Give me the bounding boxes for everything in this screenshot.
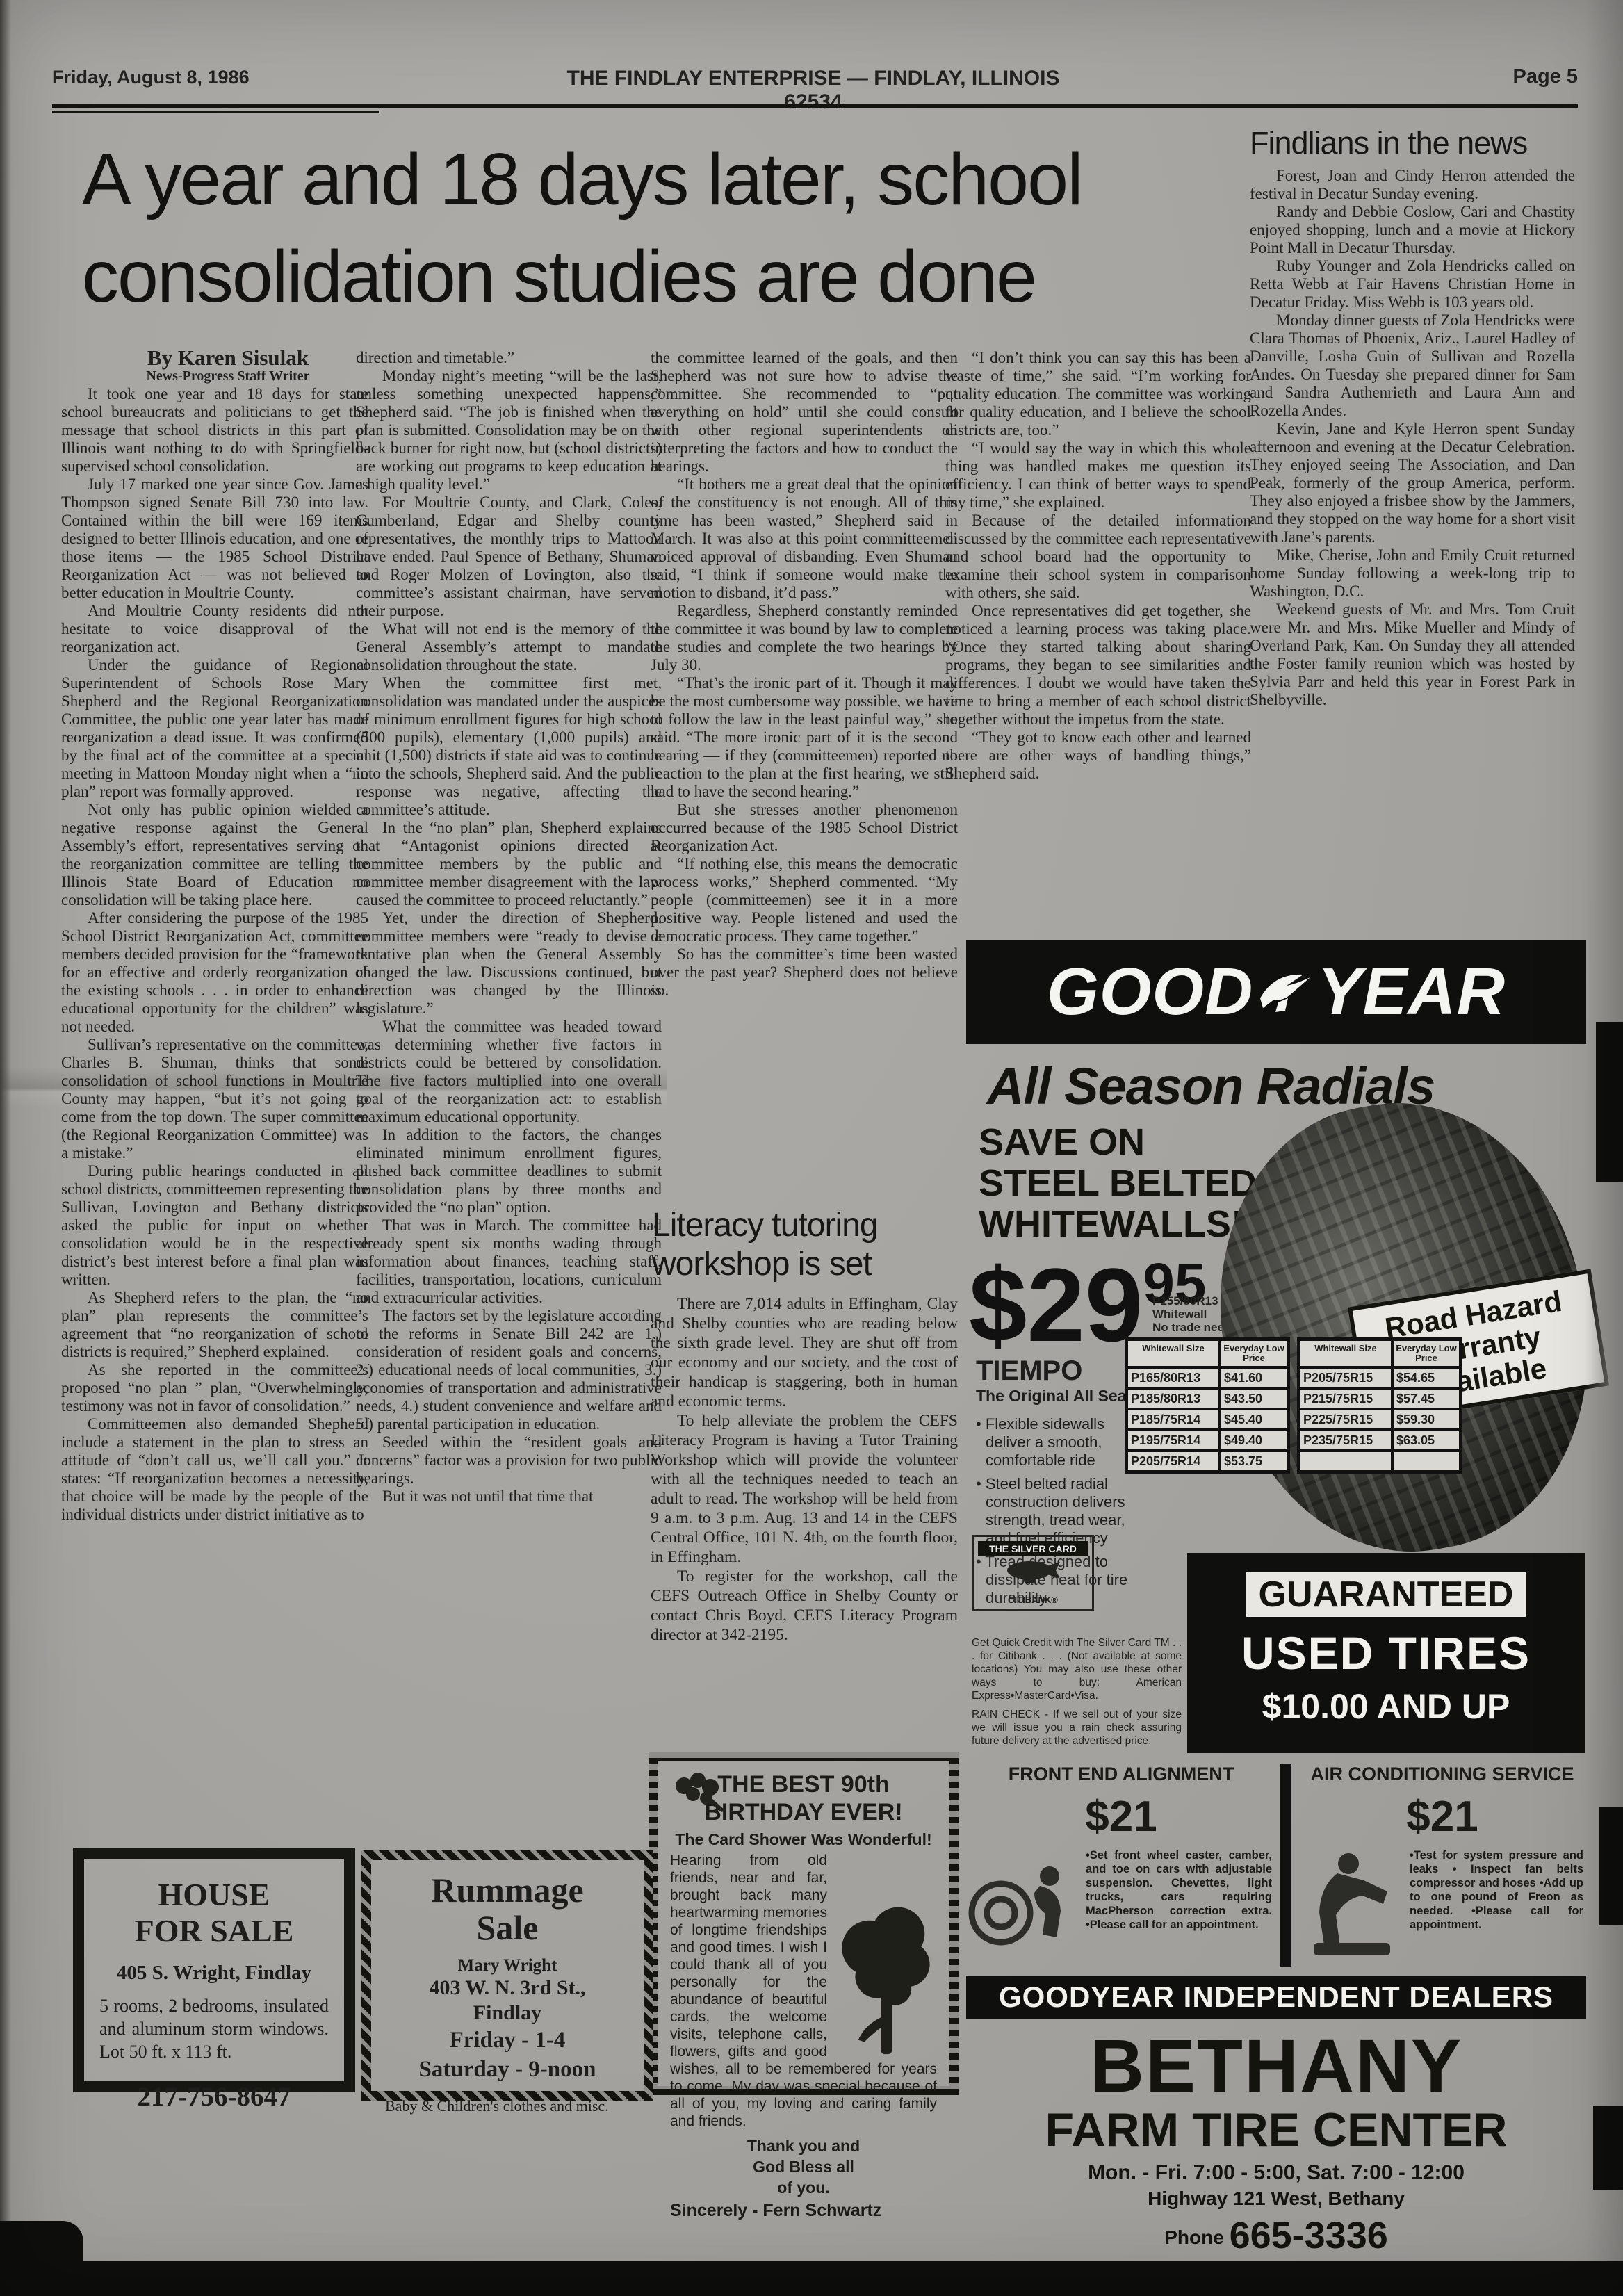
paragraph: What will not end is the memory of the G… xyxy=(356,620,662,674)
paragraph: After considering the purpose of the 198… xyxy=(61,909,368,1036)
table-cell-price: $41.60 xyxy=(1220,1367,1288,1388)
alignment-mechanic-illustration xyxy=(968,1847,1079,1965)
column-header-price: Everyday Low Price xyxy=(1392,1340,1460,1367)
wingfoot-icon xyxy=(1257,968,1313,1016)
credit-terms: Get Quick Credit with The Silver Card TM… xyxy=(972,1636,1182,1753)
paragraph: The factors set by the legislature accor… xyxy=(356,1307,662,1433)
birthday-close-3: of you. xyxy=(670,2177,937,2198)
silver-card-brand: CITIBANK® xyxy=(978,1595,1088,1605)
flower-decoration-icon xyxy=(670,1770,733,1812)
dealer-phone-number: 665-3336 xyxy=(1230,2215,1388,2256)
column-header-size: Whitewall Size xyxy=(1127,1340,1220,1367)
goodyear-logo-banner: GOOD YEAR xyxy=(966,940,1586,1044)
column-header-size: Whitewall Size xyxy=(1299,1340,1392,1367)
paragraph: For Moultrie County, and Clark, Coles, C… xyxy=(356,494,662,620)
ac-mechanic-illustration xyxy=(1300,1846,1404,1964)
rummage-title-line-2: Sale xyxy=(385,1909,630,1946)
rummage-contact: Mary Wright xyxy=(385,1956,630,1976)
price-table-left: Whitewall Size Everyday Low Price P165/8… xyxy=(1125,1337,1290,1474)
headline-line-1: A year and 18 days later, school xyxy=(82,131,1082,228)
paragraph: As Shepherd refers to the plan, the “no … xyxy=(61,1289,368,1361)
paragraph: “I don’t think you can say this has been… xyxy=(945,349,1251,439)
header-rule xyxy=(52,104,1578,108)
findlians-title: Findlians in the news xyxy=(1250,124,1576,163)
front-end-alignment-panel: FRONT END ALIGNMENT $21 •Set front wheel… xyxy=(968,1764,1275,1967)
paragraph: “I would say the way in which this whole… xyxy=(945,439,1251,512)
ac-title: AIR CONDITIONING SERVICE xyxy=(1300,1764,1585,1785)
article-col1-text: It took one year and 18 days for state s… xyxy=(61,385,368,1524)
birthday-close-2: God Bless all xyxy=(670,2156,937,2177)
findlians-text: Forest, Joan and Cindy Herron attended t… xyxy=(1250,167,1575,709)
tire-price-table: Whitewall Size Everyday Low Price P165/8… xyxy=(1125,1337,1462,1474)
paragraph: It took one year and 18 days for state s… xyxy=(61,385,368,475)
alignment-title: FRONT END ALIGNMENT xyxy=(968,1764,1275,1785)
birthday-subtitle: The Card Shower Was Wonderful! xyxy=(670,1830,937,1849)
main-headline: A year and 18 days later, school consoli… xyxy=(82,131,1082,325)
paragraph: In addition to the factors, the changes … xyxy=(356,1126,662,1216)
ac-price: $21 xyxy=(1300,1792,1585,1841)
dealer-name-line-2: FARM TIRE CENTER xyxy=(966,2104,1586,2156)
goodyear-ad: GOOD YEAR All Season Radials SAVE ON STE… xyxy=(966,940,1586,2234)
table-cell-size: P215/75R15 xyxy=(1299,1388,1392,1409)
paragraph: Monday dinner guests of Zola Hendricks w… xyxy=(1250,311,1575,420)
dealer-hours: Mon. - Fri. 7:00 - 5:00, Sat. 7:00 - 12:… xyxy=(966,2161,1586,2185)
paragraph: Ruby Younger and Zola Hendricks called o… xyxy=(1250,257,1575,311)
paragraph: In the “no plan” plan, Shepherd explains… xyxy=(356,819,662,909)
dealer-phone: Phone 665-3336 xyxy=(966,2214,1586,2257)
paragraph: July 17 marked one year since Gov. James… xyxy=(61,475,368,602)
table-cell-empty xyxy=(1392,1451,1460,1472)
rummage-sale-ad: Rummage Sale Mary Wright 403 W. N. 3rd S… xyxy=(361,1850,653,2101)
paragraph: There are 7,014 adults in Effingham, Cla… xyxy=(651,1294,958,1411)
paragraph: Committeemen also demanded Shepherd incl… xyxy=(61,1415,368,1524)
rummage-items: Baby & Children's clothes and misc. xyxy=(385,2096,630,2115)
header-date: Friday, August 8, 1986 xyxy=(52,67,250,88)
scan-left-edge xyxy=(0,0,11,2296)
table-cell-price: $53.75 xyxy=(1220,1451,1288,1472)
paragraph: As she reported in the committee’s propo… xyxy=(61,1361,368,1415)
table-cell-price: $43.50 xyxy=(1220,1388,1288,1409)
header-rule-left-segment xyxy=(52,111,379,113)
table-cell-price: $57.45 xyxy=(1392,1388,1460,1409)
paragraph: Yet, under the direction of Shepherd, co… xyxy=(356,909,662,1018)
used-tires-offer: GUARANTEED USED TIRES $10.00 AND UP xyxy=(1187,1553,1585,1753)
ac-details: •Test for system pressure and leaks • In… xyxy=(1410,1848,1583,1932)
paragraph: Kevin, Jane and Kyle Herron spent Sunday… xyxy=(1250,420,1575,546)
article-column-2: direction and timetable.”Monday night’s … xyxy=(356,349,662,1506)
birthday-signature: Sincerely - Fern Schwartz xyxy=(670,2201,937,2221)
used-tires-price: $10.00 AND UP xyxy=(1187,1686,1585,1727)
house-ad-title-line-1: HOUSE xyxy=(99,1877,329,1913)
paragraph: To help alleviate the problem the CEFS L… xyxy=(651,1411,958,1567)
paragraph: “They got to know each other and learned… xyxy=(945,728,1251,783)
fold-crease xyxy=(0,1067,667,1109)
table-cell-size: P205/75R15 xyxy=(1299,1367,1392,1388)
table-cell-size: P165/80R13 xyxy=(1127,1367,1220,1388)
paragraph: And Moultrie County residents did not he… xyxy=(61,602,368,656)
paragraph: But she stresses another phenomenon occu… xyxy=(651,801,958,855)
rummage-address-line-1: 403 W. N. 3rd St., xyxy=(385,1976,630,2001)
table-cell-size: P225/75R15 xyxy=(1299,1409,1392,1430)
literacy-title-line-1: Literacy tutoring xyxy=(652,1206,959,1245)
paragraph: “That’s the ironic part of it. Though it… xyxy=(651,674,958,801)
birthday-close-1: Thank you and xyxy=(670,2135,937,2156)
table-cell-price: $54.65 xyxy=(1392,1367,1460,1388)
house-ad-phone: 217-756-8647 xyxy=(99,2081,329,2112)
goodyear-logo-left: GOOD xyxy=(1047,954,1253,1030)
table-cell-price: $45.40 xyxy=(1220,1409,1288,1430)
paragraph: Seeded within the “resident goals and co… xyxy=(356,1433,662,1488)
paragraph: Forest, Joan and Cindy Herron attended t… xyxy=(1250,167,1575,203)
price-table-right: Whitewall Size Everyday Low Price P205/7… xyxy=(1297,1337,1462,1474)
rummage-time-line-1: Friday - 1-4 xyxy=(385,2026,630,2055)
literacy-text: There are 7,014 adults in Effingham, Cla… xyxy=(651,1294,958,1645)
newspaper-page: Friday, August 8, 1986 THE FINDLAY ENTER… xyxy=(0,0,1623,2296)
paragraph: “If nothing else, this means the democra… xyxy=(651,855,958,945)
table-cell-size: P185/75R14 xyxy=(1127,1409,1220,1430)
paragraph: Because of the detailed information disc… xyxy=(945,512,1251,602)
paragraph: Mike, Cherise, John and Emily Cruit retu… xyxy=(1250,546,1575,601)
paragraph: During public hearings conducted in all … xyxy=(61,1162,368,1289)
alignment-details: •Set front wheel caster, camber, and toe… xyxy=(1086,1848,1272,1932)
air-conditioning-panel: AIR CONDITIONING SERVICE $21 •Test for s… xyxy=(1300,1764,1585,1967)
paragraph: Regardless, Shepherd constantly reminded… xyxy=(651,602,958,674)
dealer-phone-label: Phone xyxy=(1164,2226,1224,2248)
table-cell-price: $49.40 xyxy=(1220,1430,1288,1451)
credit-text: Get Quick Credit with The Silver Card TM… xyxy=(972,1636,1182,1702)
scan-mark xyxy=(1596,1022,1623,1182)
scan-mark xyxy=(1593,2106,1623,2190)
table-cell-size: P205/75R14 xyxy=(1127,1451,1220,1472)
used-tires-guaranteed: GUARANTEED xyxy=(1246,1572,1526,1617)
flower-tree-illustration xyxy=(833,1895,937,2058)
rummage-time-line-2: Saturday - 9-noon xyxy=(385,2055,630,2084)
paragraph: When the committee first met, consolidat… xyxy=(356,674,662,819)
table-cell-price: $63.05 xyxy=(1392,1430,1460,1451)
scan-bottom-bar xyxy=(0,2261,1623,2296)
paragraph: Randy and Debbie Coslow, Cari and Chasti… xyxy=(1250,203,1575,257)
paragraph: Flexible sidewalls deliver a smooth, com… xyxy=(976,1415,1139,1469)
paragraph: Not only has public opinion wielded a ne… xyxy=(61,801,368,909)
used-tires-title: USED TIRES xyxy=(1187,1627,1585,1679)
paragraph: Once representatives did get together, s… xyxy=(945,602,1251,728)
column-header-price: Everyday Low Price xyxy=(1220,1340,1288,1367)
dealer-address: Highway 121 West, Bethany xyxy=(966,2188,1586,2210)
rummage-address-line-2: Findlay xyxy=(385,2001,630,2026)
paragraph: So has the committee’s time been wasted … xyxy=(651,945,958,1000)
headline-line-2: consolidation studies are done xyxy=(82,228,1082,325)
page-number: Page 5 xyxy=(1494,65,1578,88)
byline: By Karen Sisulak xyxy=(61,349,368,367)
byline-title: News-Progress Staff Writer xyxy=(61,367,368,385)
article-column-4: “I don’t think you can say this has been… xyxy=(945,349,1251,783)
paragraph: the committee learned of the goals, and … xyxy=(651,349,958,475)
silver-card-label: THE SILVER CARD xyxy=(978,1541,1088,1556)
table-cell-price: $59.30 xyxy=(1392,1409,1460,1430)
article-column-1: By Karen Sisulak News-Progress Staff Wri… xyxy=(61,349,368,1524)
house-ad-address: 405 S. Wright, Findlay xyxy=(99,1962,329,1985)
paragraph: Under the guidance of Regional Superinte… xyxy=(61,656,368,801)
scan-corner-mark xyxy=(0,2221,83,2263)
dealer-name-line-1: BETHANY xyxy=(966,2028,1586,2104)
literacy-title-line-2: workshop is set xyxy=(652,1245,959,1284)
table-cell-size: P195/75R14 xyxy=(1127,1430,1220,1451)
rain-check-text: RAIN CHECK - If we sell out of your size… xyxy=(972,1708,1182,1748)
table-cell-empty xyxy=(1299,1451,1392,1472)
goodyear-logo-right: YEAR xyxy=(1317,954,1506,1030)
blimp-icon xyxy=(1002,1556,1064,1588)
article-column-3: the committee learned of the goals, and … xyxy=(651,349,958,1000)
paragraph: direction and timetable.” xyxy=(356,349,662,367)
house-ad-body: 5 rooms, 2 bedrooms, insulated and alumi… xyxy=(99,1994,329,2063)
literacy-title: Literacy tutoring workshop is set xyxy=(652,1206,959,1284)
dealer-info: BETHANY FARM TIRE CENTER Mon. - Fri. 7:0… xyxy=(966,2028,1586,2257)
scan-mark xyxy=(1599,1807,1623,1925)
table-cell-size: P235/75R15 xyxy=(1299,1430,1392,1451)
dealers-bar: GOODYEAR INDEPENDENT DEALERS xyxy=(966,1976,1586,2019)
alignment-price: $21 xyxy=(968,1792,1275,1841)
paragraph: “It bothers me a great deal that the opi… xyxy=(651,475,958,602)
paragraph: Weekend guests of Mr. and Mrs. Tom Cruit… xyxy=(1250,601,1575,709)
silver-card-badge: THE SILVER CARD CITIBANK® xyxy=(972,1535,1094,1611)
paragraph: Monday night’s meeting “will be the last… xyxy=(356,367,662,494)
table-cell-size: P185/80R13 xyxy=(1127,1388,1220,1409)
rummage-title-line-1: Rummage xyxy=(385,1871,630,1909)
price-dollars: $29 xyxy=(969,1246,1143,1363)
house-ad-title-line-2: FOR SALE xyxy=(99,1913,329,1949)
paragraph: That was in March. The committee had alr… xyxy=(356,1216,662,1307)
paragraph: But it was not until that time that xyxy=(356,1488,662,1506)
paragraph: To register for the workshop, call the C… xyxy=(651,1567,958,1645)
panel-divider xyxy=(1280,1764,1291,1967)
birthday-ad: THE BEST 90th BIRTHDAY EVER! The Card Sh… xyxy=(649,1752,959,2095)
house-for-sale-ad: HOUSE FOR SALE 405 S. Wright, Findlay 5 … xyxy=(73,1848,355,2092)
